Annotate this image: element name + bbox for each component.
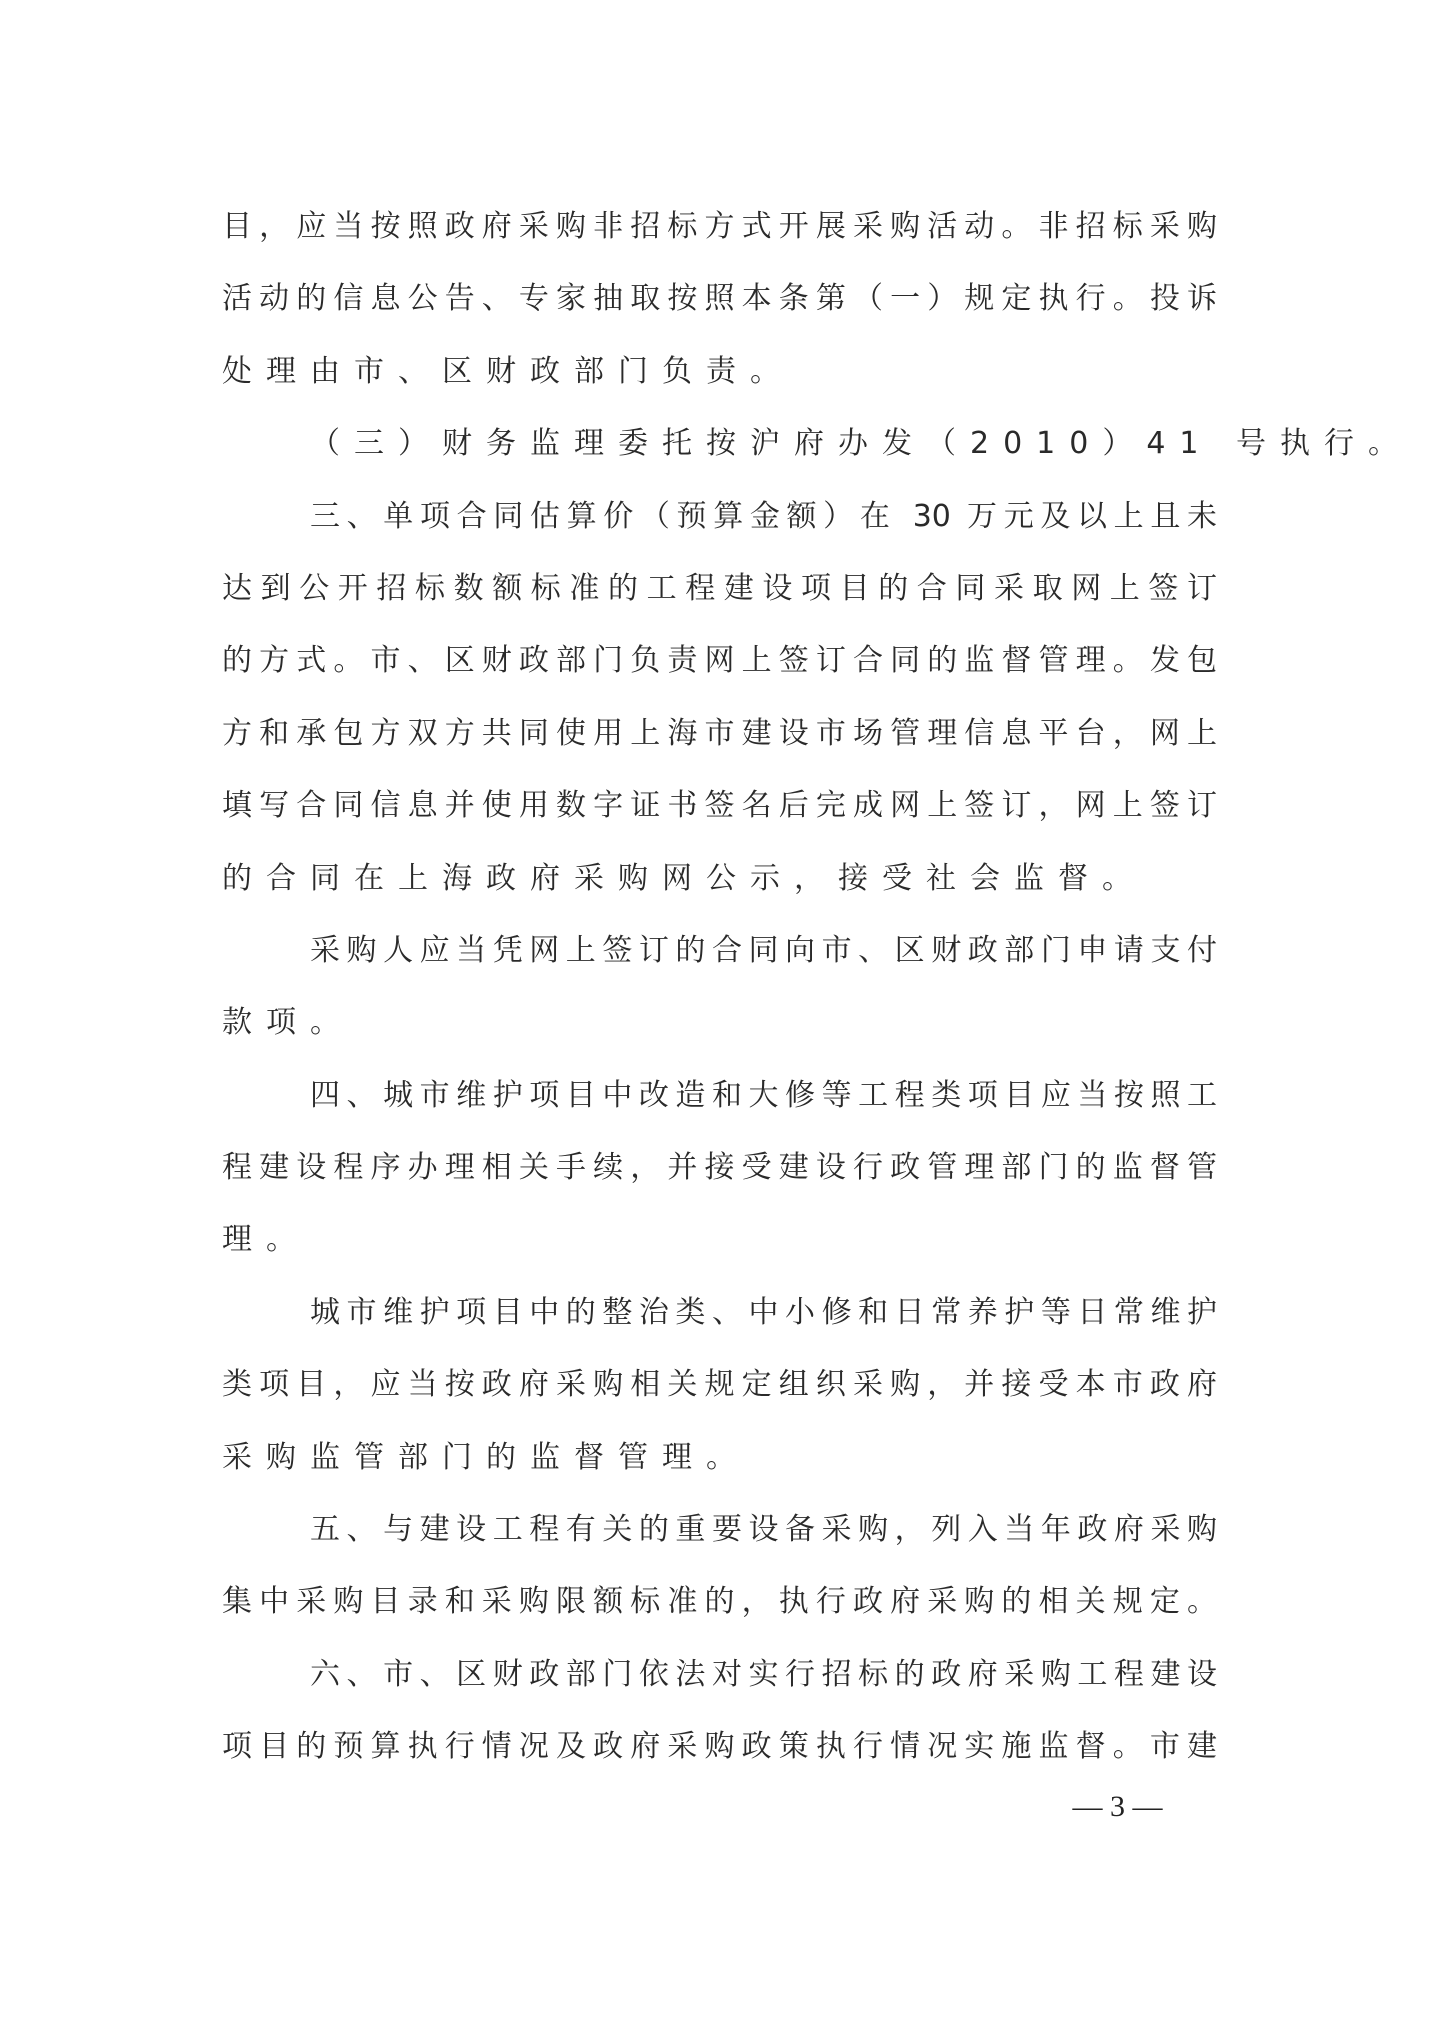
text-line: 方和承包方双方共同使用上海市建设市场管理信息平台，网上: [222, 698, 1217, 770]
text-line: 类项目，应当按政府采购相关规定组织采购，并接受本市政府: [222, 1349, 1217, 1421]
text-line: 活动的信息公告、专家抽取按照本条第（一）规定执行。投诉: [222, 263, 1217, 335]
text-line: 的方式。市、区财政部门负责网上签订合同的监督管理。发包: [222, 625, 1217, 697]
text-line: 达到公开招标数额标准的工程建设项目的合同采取网上签订: [222, 553, 1217, 625]
text-line: 三、单项合同估算价（预算金额）在 30 万元及以上且未: [222, 481, 1217, 553]
text-line: 集中采购目录和采购限额标准的，执行政府采购的相关规定。: [222, 1566, 1217, 1638]
text-line: 填写合同信息并使用数字证书签名后完成网上签订，网上签订: [222, 770, 1217, 842]
text-line: 款项。: [222, 987, 1217, 1059]
text-line: 五、与建设工程有关的重要设备采购，列入当年政府采购: [222, 1494, 1217, 1566]
text-line: 六、市、区财政部门依法对实行招标的政府采购工程建设: [222, 1639, 1217, 1711]
text-line: 城市维护项目中的整治类、中小修和日常养护等日常维护: [222, 1277, 1217, 1349]
text-line: 四、城市维护项目中改造和大修等工程类项目应当按照工: [222, 1060, 1217, 1132]
text-line: 的合同在上海政府采购网公示，接受社会监督。: [222, 843, 1217, 915]
text-line: 采购人应当凭网上签订的合同向市、区财政部门申请支付: [222, 915, 1217, 987]
text-line: 目，应当按照政府采购非招标方式开展采购活动。非招标采购: [222, 191, 1217, 263]
text-line: 项目的预算执行情况及政府采购政策执行情况实施监督。市建: [222, 1711, 1217, 1783]
text-line: 理。: [222, 1204, 1217, 1276]
document-page: 目，应当按照政府采购非招标方式开展采购活动。非招标采购 活动的信息公告、专家抽取…: [0, 0, 1440, 2036]
body-text: 目，应当按照政府采购非招标方式开展采购活动。非招标采购 活动的信息公告、专家抽取…: [222, 191, 1217, 1784]
text-line: 采购监管部门的监督管理。: [222, 1422, 1217, 1494]
text-line: 程建设程序办理相关手续，并接受建设行政管理部门的监督管: [222, 1132, 1217, 1204]
text-line: （三）财务监理委托按沪府办发（2010）41 号执行。: [222, 408, 1217, 480]
page-number: — 3 —: [1055, 1787, 1180, 1827]
text-line: 处理由市、区财政部门负责。: [222, 336, 1217, 408]
